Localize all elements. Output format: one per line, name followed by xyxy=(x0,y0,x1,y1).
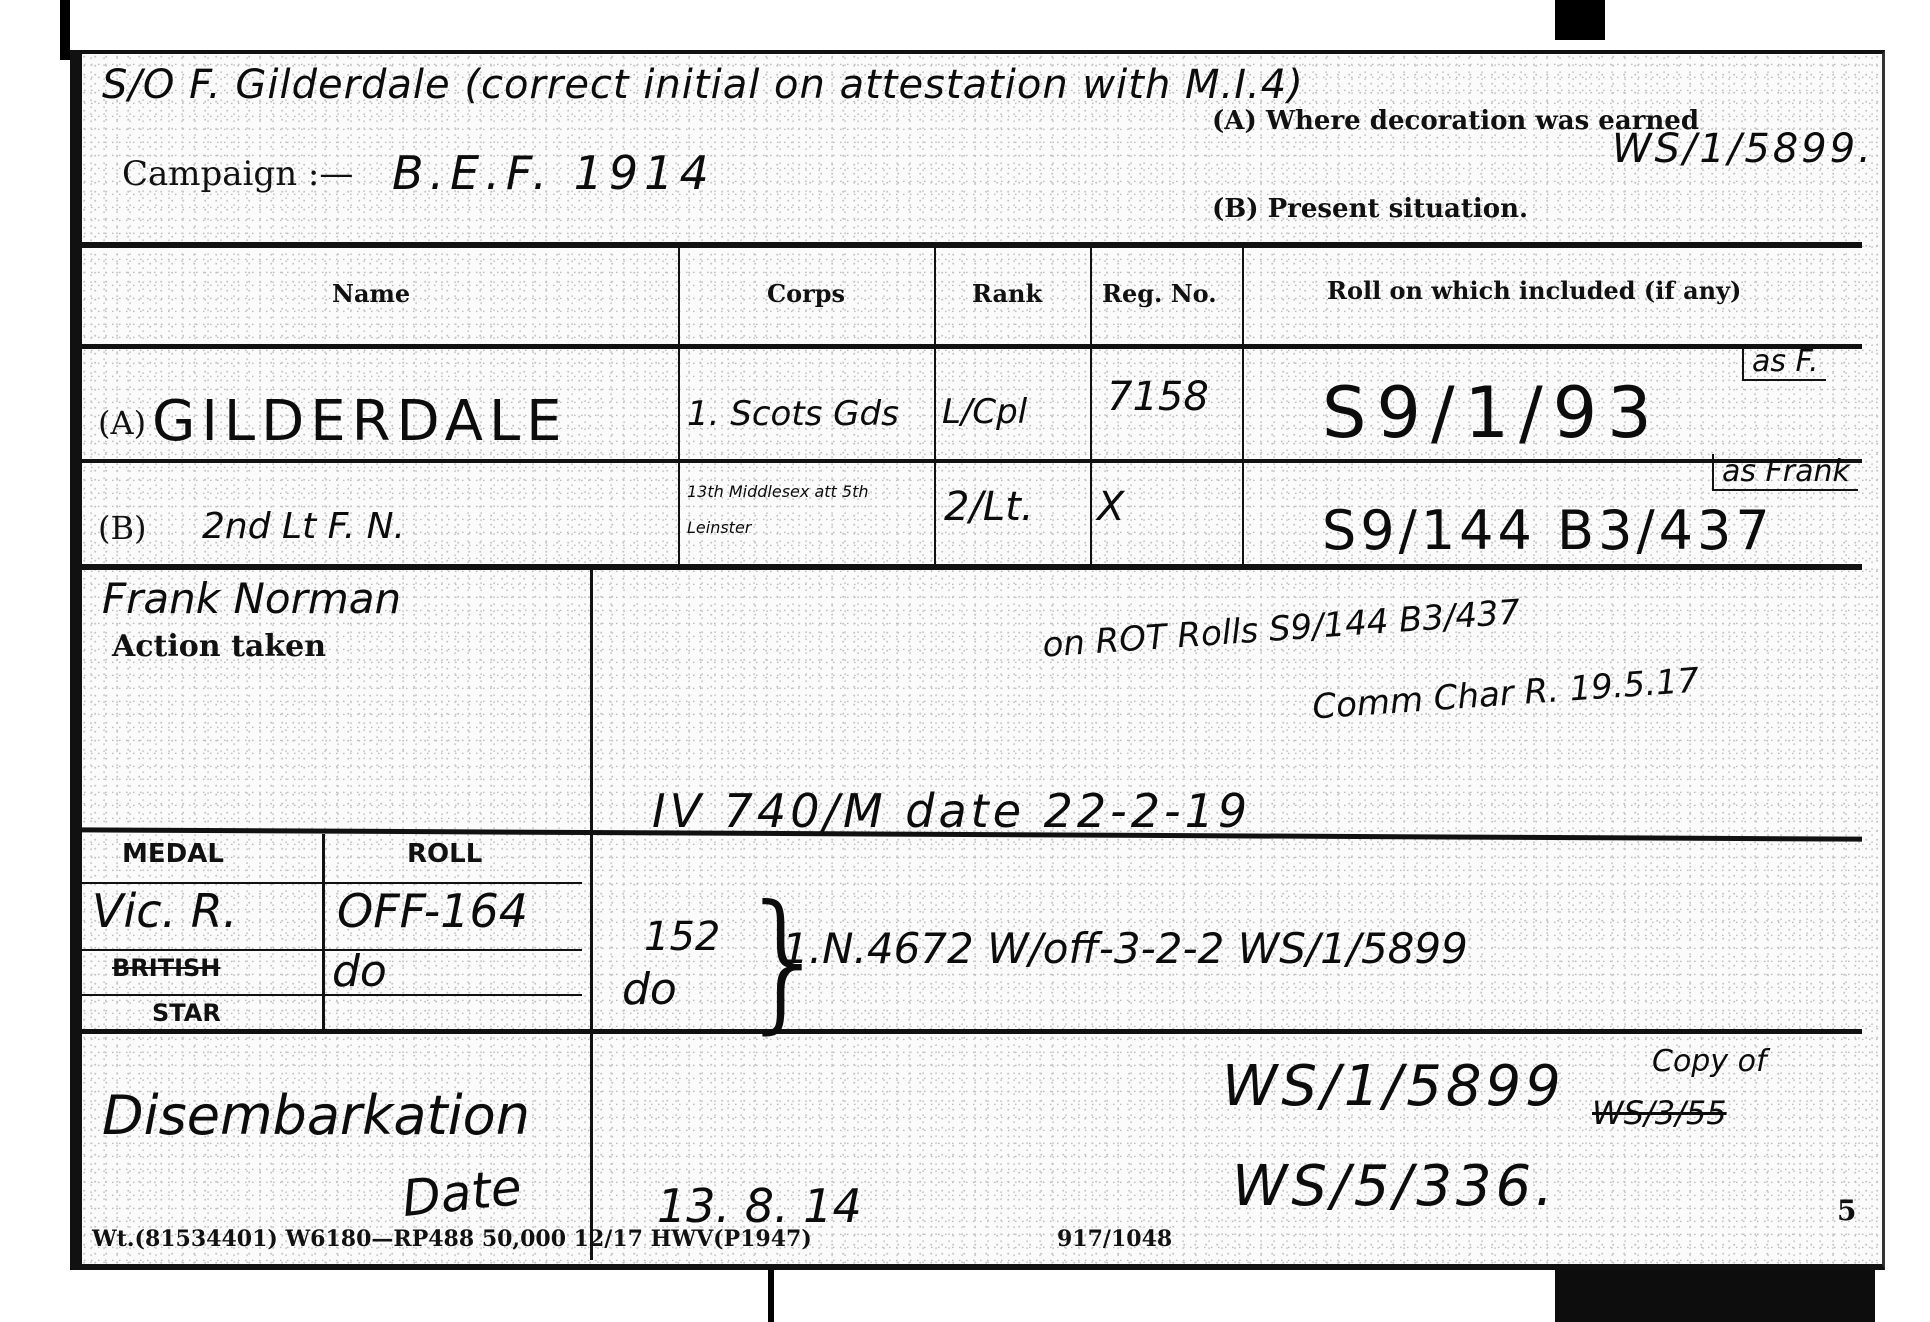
col-header-reg-no: Reg. No. xyxy=(1102,279,1217,308)
label-present-situation: (B) Present situation. xyxy=(1212,194,1528,224)
header-annotation: S/O F. Gilderdale (correct initial on at… xyxy=(102,62,1304,108)
where-earned-value: WS/1/5899. xyxy=(1612,126,1874,172)
disembarkation-date-label: Date xyxy=(399,1158,524,1228)
rank: L/Cpl xyxy=(942,392,1027,432)
roll-b: S9/144 B3/437 xyxy=(1322,499,1774,562)
disembarkation-label: Disembarkation xyxy=(102,1084,530,1147)
corps-b: 13th Middlesex att 5th Leinster xyxy=(687,474,927,546)
col-header-name: Name xyxy=(332,279,410,308)
row-marker: (A) xyxy=(98,404,146,442)
ref-1-struck: WS/3/55 xyxy=(1592,1094,1727,1132)
scan-mark-bottom xyxy=(768,1270,774,1322)
medal-roll: OFF-164 xyxy=(337,884,528,938)
roll: S9/1/93 xyxy=(1322,372,1662,454)
col-header-corps: Corps xyxy=(767,279,845,308)
scan-mark-left xyxy=(60,0,70,60)
form-number: 917/1048 xyxy=(1057,1226,1172,1252)
bracket-text: 1.N.4672 W/off-3-2-2 WS/1/5899 xyxy=(782,924,1468,973)
action-taken-label: Action taken xyxy=(112,629,326,664)
action-note-1: on ROT Rolls S9/144 B3/437 xyxy=(1041,592,1521,665)
roll-note: as F. xyxy=(1742,344,1826,381)
surname: GILDERDALE xyxy=(152,389,568,454)
print-code: Wt.(81534401) W6180—RP488 50,000 12/17 H… xyxy=(92,1226,812,1252)
medal-name: BRITISH xyxy=(112,954,220,982)
corner-number: 5 xyxy=(1837,1194,1856,1227)
campaign-label: Campaign :— xyxy=(122,154,353,194)
bracket-top: 152 xyxy=(644,914,720,960)
reg-no-b: X xyxy=(1097,484,1124,530)
medal-name: Vic. R. xyxy=(92,884,237,938)
forenames: Frank Norman xyxy=(102,574,401,623)
action-note-2: Comm Char R. 19.5.17 xyxy=(1311,661,1700,728)
medal-header: MEDAL xyxy=(122,839,224,869)
rank-b: 2/Lt. xyxy=(944,484,1034,530)
reg-no: 7158 xyxy=(1107,374,1209,420)
campaign-value: B.E.F. 1914 xyxy=(392,146,715,200)
medal-name: STAR xyxy=(152,999,221,1027)
col-header-roll: Roll on which included (if any) xyxy=(1327,276,1741,305)
disembarkation-date: 13. 8. 14 xyxy=(657,1179,862,1233)
roll-note-b: as Frank xyxy=(1712,454,1858,491)
scan-mark-top xyxy=(1555,0,1605,40)
col-header-rank: Rank xyxy=(972,279,1042,308)
bracket-bottom: do xyxy=(622,964,677,1015)
corps: 1. Scots Gds xyxy=(687,394,899,434)
ref-2: WS/5/336. xyxy=(1232,1154,1557,1219)
ref-1-note: Copy of xyxy=(1652,1044,1767,1079)
medal-index-card: S/O F. Gilderdale (correct initial on at… xyxy=(70,50,1885,1270)
row-marker: (B) xyxy=(98,509,146,547)
roll-header: ROLL xyxy=(407,839,482,869)
medal-roll: do xyxy=(332,946,387,997)
name-b: 2nd Lt F. N. xyxy=(202,506,405,547)
ref-1: WS/1/5899 xyxy=(1222,1054,1565,1119)
